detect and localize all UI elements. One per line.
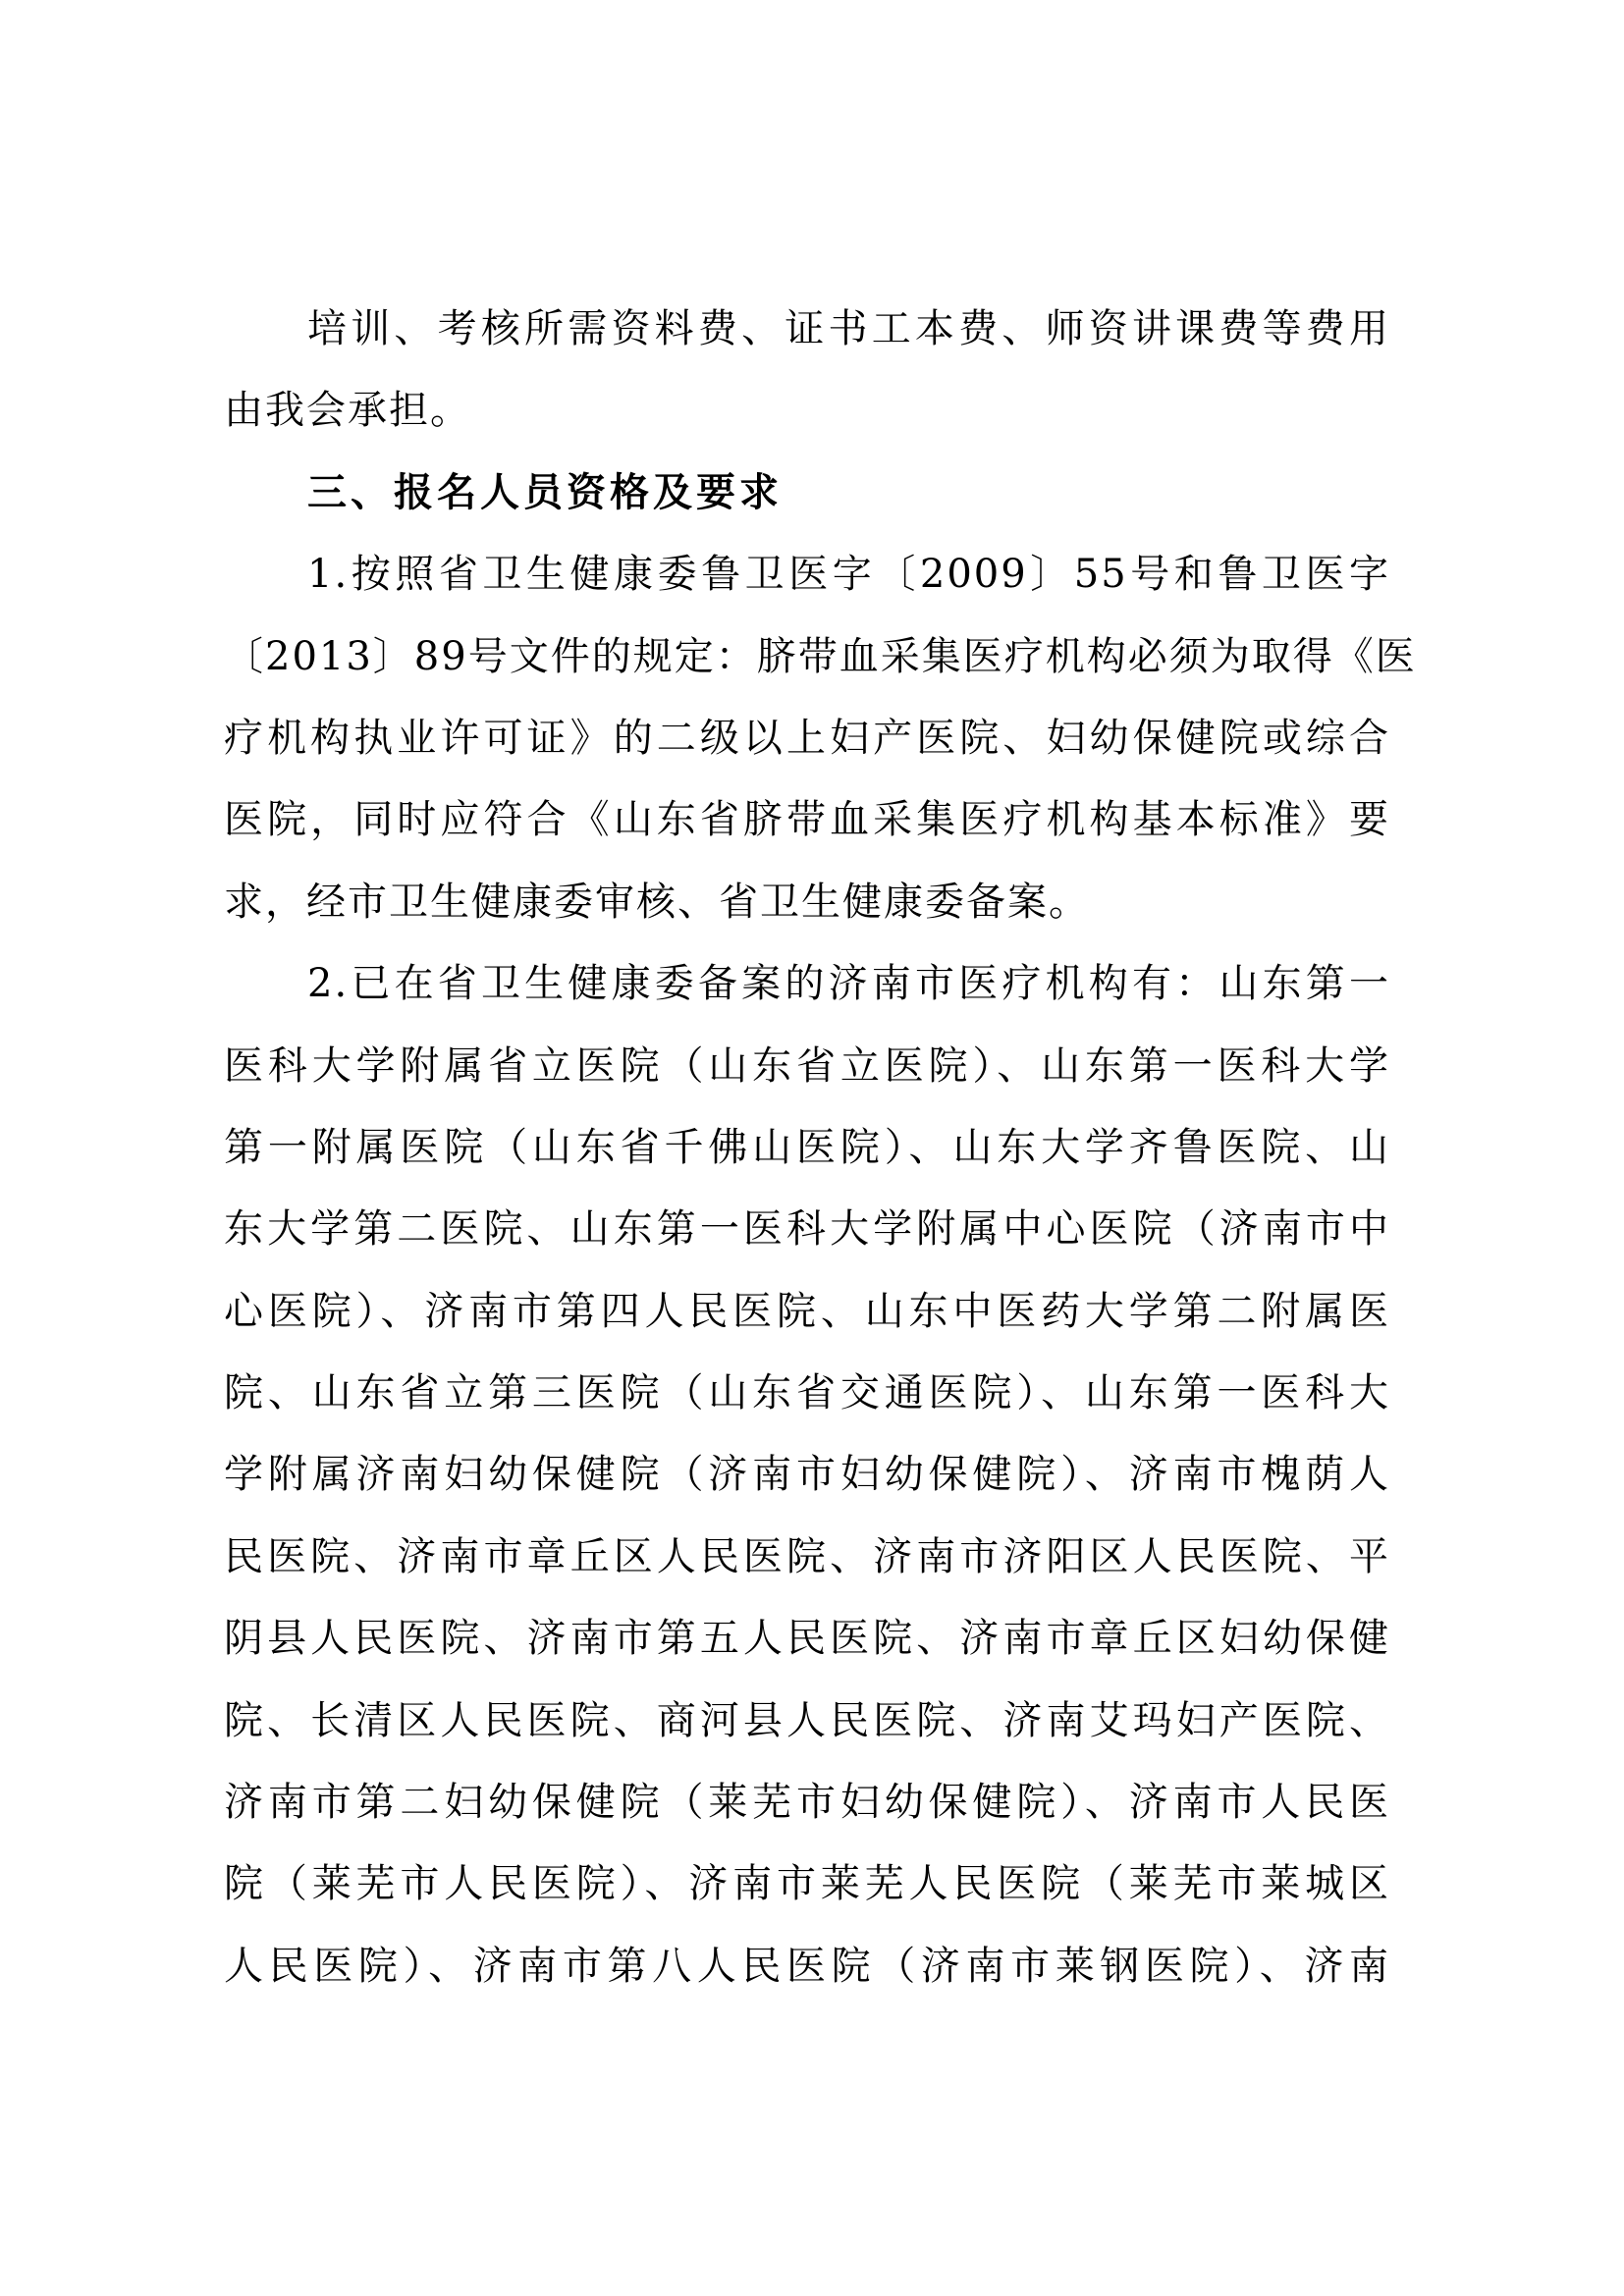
paragraph-line: 济南市第二妇幼保健院（莱芜市妇幼保健院）、济南市人民医 [224,1768,1390,1849]
paragraph-line: 东大学第二医院、山东第一医科大学附属中心医院（济南市中 [224,1195,1390,1276]
paragraph-line: 〔2013〕89号文件的规定：脐带血采集医疗机构必须为取得《医 [224,622,1390,704]
paragraph-line: 疗机构执业许可证》的二级以上妇产医院、妇幼保健院或综合 [224,704,1390,785]
paragraph-line: 学附属济南妇幼保健院（济南市妇幼保健院）、济南市槐荫人 [224,1440,1390,1522]
document-page: 培训、考核所需资料费、证书工本费、师资讲课费等费用 由我会承担。 三、报名人员资… [0,0,1624,2296]
paragraph-line: 院、长清区人民医院、商河县人民医院、济南艾玛妇产医院、 [224,1686,1390,1768]
paragraph-line: 民医院、济南市章丘区人民医院、济南市济阳区人民医院、平 [224,1522,1390,1604]
document-body: 培训、考核所需资料费、证书工本费、师资讲课费等费用 由我会承担。 三、报名人员资… [224,294,1390,2013]
paragraph-line: 医院，同时应符合《山东省脐带血采集医疗机构基本标准》要 [224,785,1390,867]
paragraph-line: 院、山东省立第三医院（山东省交通医院）、山东第一医科大 [224,1359,1390,1440]
paragraph-line: 医科大学附属省立医院（山东省立医院）、山东第一医科大学 [224,1032,1390,1113]
paragraph-line: 1.按照省卫生健康委鲁卫医字〔2009〕55号和鲁卫医字 [224,540,1390,621]
section-heading: 三、报名人员资格及要求 [224,458,1390,540]
paragraph-line: 2.已在省卫生健康委备案的济南市医疗机构有：山东第一 [224,949,1390,1031]
paragraph-line: 求，经市卫生健康委审核、省卫生健康委备案。 [224,868,1390,949]
paragraph-line: 由我会承担。 [224,376,1390,457]
paragraph-line: 阴县人民医院、济南市第五人民医院、济南市章丘区妇幼保健 [224,1604,1390,1685]
paragraph-line: 第一附属医院（山东省千佛山医院）、山东大学齐鲁医院、山 [224,1113,1390,1195]
paragraph-line: 人民医院）、济南市第八人民医院（济南市莱钢医院）、济南 [224,1932,1390,2013]
paragraph-line: 心医院）、济南市第四人民医院、山东中医药大学第二附属医 [224,1277,1390,1359]
paragraph-line: 培训、考核所需资料费、证书工本费、师资讲课费等费用 [224,294,1390,376]
paragraph-line: 院（莱芜市人民医院）、济南市莱芜人民医院（莱芜市莱城区 [224,1849,1390,1931]
